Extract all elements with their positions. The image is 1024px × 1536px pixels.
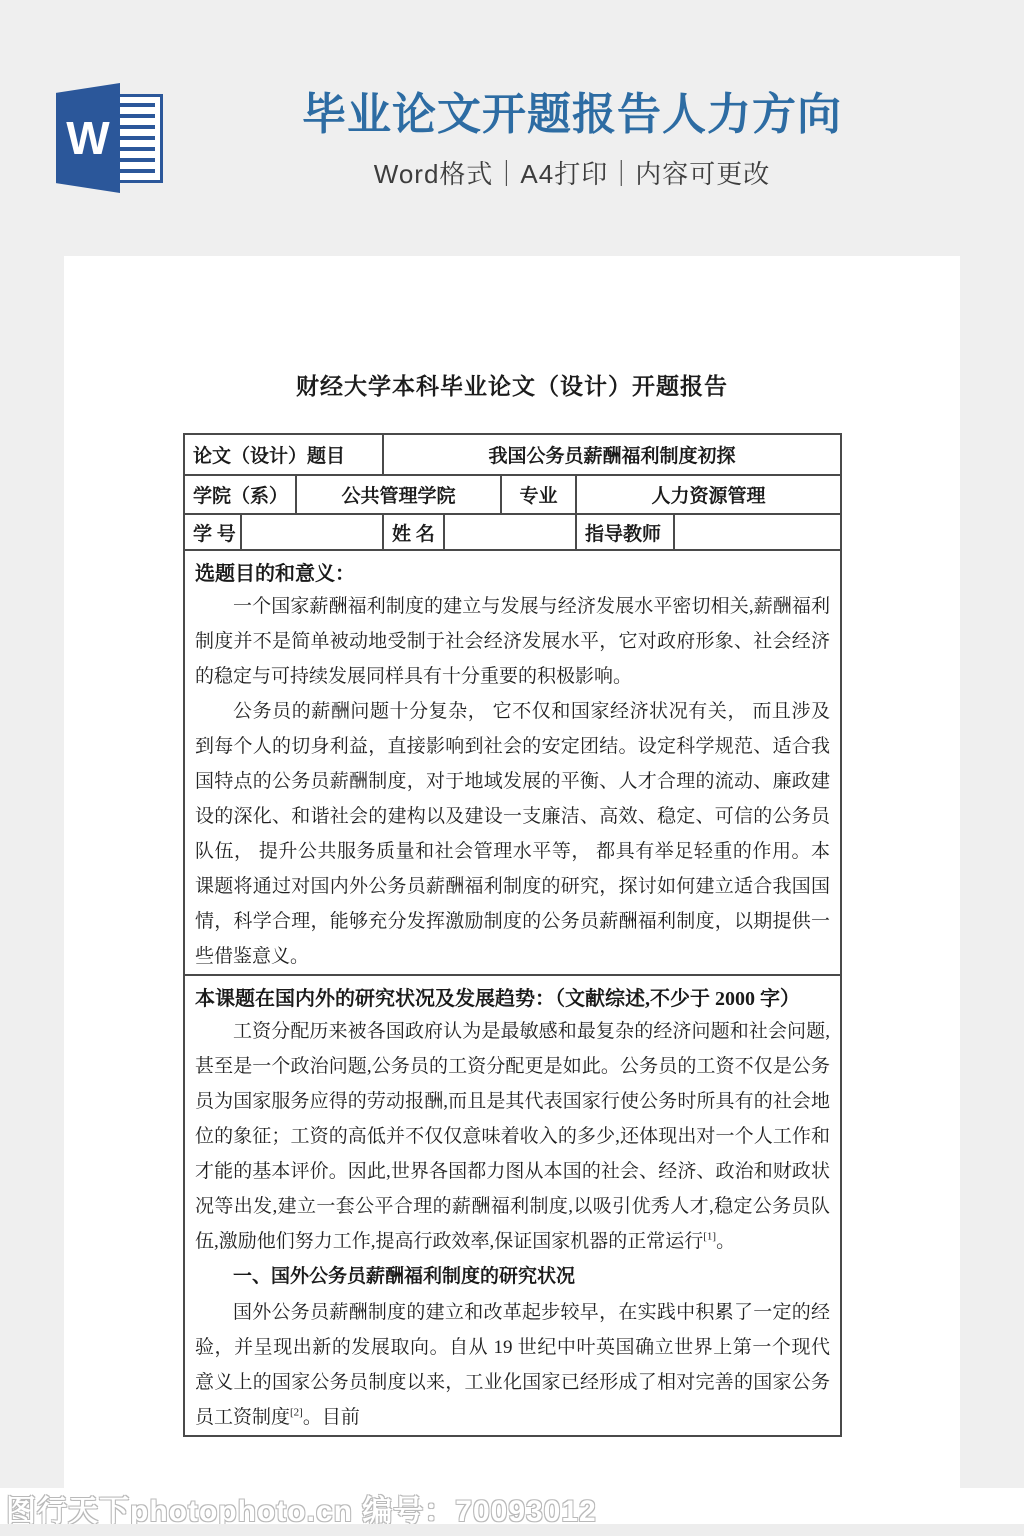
reference-mark-1: [1] bbox=[703, 1231, 716, 1243]
research-subheading: 一、国外公务员薪酬福利制度的研究状况 bbox=[195, 1259, 830, 1295]
research-paragraph-1: 工资分配历来被各国政府认为是最敏感和最复杂的经济问题和社会问题,甚至是一个政治问… bbox=[195, 1014, 830, 1259]
student-id-value bbox=[241, 514, 383, 550]
advisor-value bbox=[674, 514, 841, 550]
purpose-paragraph-2: 公务员的薪酬问题十分复杂， 它不仅和国家经济状况有关， 而且涉及到每个人的切身利… bbox=[195, 694, 830, 974]
research-paragraph-2: 国外公务员薪酬制度的建立和改革起步较早，在实践中积累了一定的经验，并呈现出新的发… bbox=[195, 1295, 830, 1435]
table-row-college: 学院（系） 公共管理学院 专业 人力资源管理 bbox=[184, 475, 841, 514]
student-id-label: 学 号 bbox=[184, 514, 241, 550]
page-title: 毕业论文开题报告人力方向 bbox=[130, 90, 1014, 141]
word-icon-letter: W bbox=[66, 115, 109, 161]
college-value: 公共管理学院 bbox=[296, 475, 501, 514]
preview-canvas: W 毕业论文开题报告人力方向 Word格式｜A4打印｜内容可更改 财经大学本科毕… bbox=[0, 0, 1024, 1536]
topic-value: 我国公务员薪酬福利制度初探 bbox=[383, 434, 841, 475]
bottom-strip bbox=[0, 1524, 1024, 1536]
college-label: 学院（系） bbox=[184, 475, 296, 514]
major-label: 专业 bbox=[501, 475, 576, 514]
research-paragraph-2-tail: 。目前 bbox=[303, 1407, 360, 1428]
major-value: 人力资源管理 bbox=[576, 475, 841, 514]
watermark-bar: 图行天下photophoto.cn 编号：70093012 bbox=[0, 1488, 1024, 1524]
table-row-purpose: 选题目的和意义： 一个国家薪酬福利制度的建立与发展与经济发展水平密切相关,薪酬福… bbox=[184, 550, 841, 975]
research-paragraph-1-text: 工资分配历来被各国政府认为是最敏感和最复杂的经济问题和社会问题,甚至是一个政治问… bbox=[195, 1021, 830, 1252]
topic-label: 论文（设计）题目 bbox=[184, 434, 383, 475]
report-table: 论文（设计）题目 我国公务员薪酬福利制度初探 学院（系） 公共管理学院 专业 人… bbox=[183, 433, 842, 1437]
reference-mark-2: [2] bbox=[290, 1407, 303, 1419]
advisor-label: 指导教师 bbox=[576, 514, 674, 550]
name-label: 姓 名 bbox=[383, 514, 444, 550]
name-value bbox=[444, 514, 576, 550]
research-cell: 本课题在国内外的研究状况及发展趋势：（文献综述,不少于 2000 字） 工资分配… bbox=[184, 975, 841, 1436]
document-title: 财经大学本科毕业论文（设计）开题报告 bbox=[64, 368, 960, 401]
table-row-research: 本课题在国内外的研究状况及发展趋势：（文献综述,不少于 2000 字） 工资分配… bbox=[184, 975, 841, 1436]
purpose-cell: 选题目的和意义： 一个国家薪酬福利制度的建立与发展与经济发展水平密切相关,薪酬福… bbox=[184, 550, 841, 975]
page-subtitle: Word格式｜A4打印｜内容可更改 bbox=[130, 159, 1014, 190]
table-row-topic: 论文（设计）题目 我国公务员薪酬福利制度初探 bbox=[184, 434, 841, 475]
purpose-heading: 选题目的和意义： bbox=[195, 559, 830, 589]
purpose-paragraph-1: 一个国家薪酬福利制度的建立与发展与经济发展水平密切相关,薪酬福利制度并不是简单被… bbox=[195, 589, 830, 694]
research-heading: 本课题在国内外的研究状况及发展趋势：（文献综述,不少于 2000 字） bbox=[195, 984, 830, 1014]
table-row-student: 学 号 姓 名 指导教师 bbox=[184, 514, 841, 550]
research-paragraph-1-tail: 。 bbox=[716, 1231, 735, 1252]
word-icon-front-panel: W bbox=[56, 83, 120, 193]
